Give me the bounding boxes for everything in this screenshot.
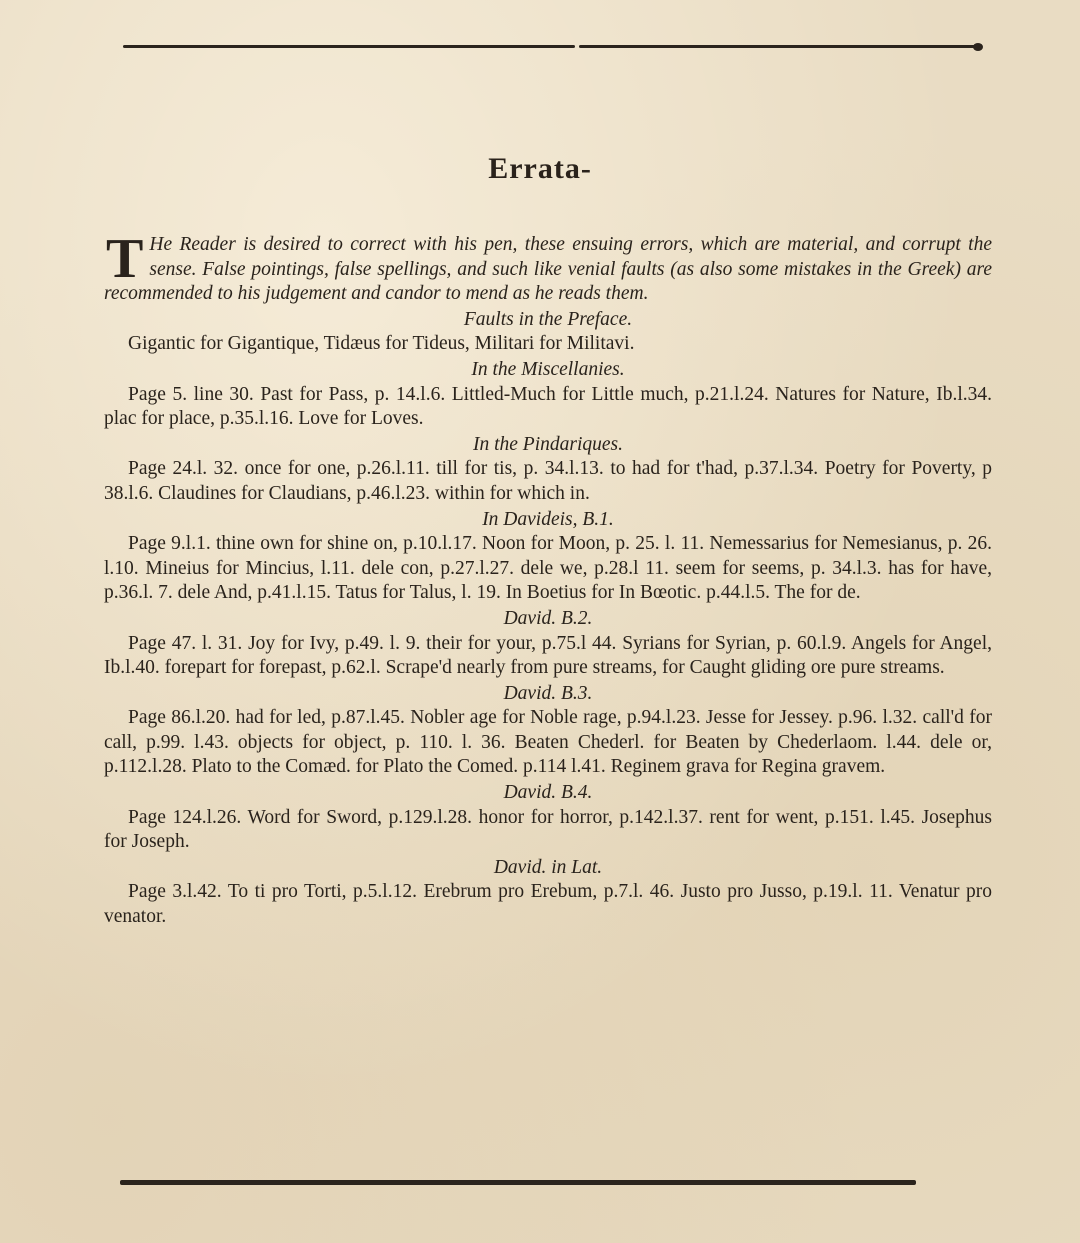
section-entries-miscellanies: Page 5. line 30. Past for Pass, p. 14.l.… bbox=[104, 383, 992, 432]
drop-cap: T bbox=[106, 237, 143, 281]
section-entries-david-b4: Page 124.l.26. Word for Sword, p.129.l.2… bbox=[104, 806, 992, 855]
section-entries-david-b3: Page 86.l.20. had for led, p.87.l.45. No… bbox=[104, 706, 992, 780]
top-rule-left-segment bbox=[123, 45, 575, 48]
section-heading-preface: Faults in the Preface. bbox=[104, 308, 992, 333]
section-entries-david-latin: Page 3.l.42. To ti pro Torti, p.5.l.12. … bbox=[104, 880, 992, 929]
intro-text: He Reader is desired to correct with his… bbox=[104, 234, 992, 304]
section-heading-pindariques: In the Pindariques. bbox=[104, 433, 992, 458]
section-heading-david-latin: David. in Lat. bbox=[104, 856, 992, 881]
intro-paragraph: THe Reader is desired to correct with hi… bbox=[104, 233, 992, 307]
section-entries-preface: Gigantic for Gigantique, Tidæus for Tide… bbox=[104, 332, 992, 357]
top-rule-right-segment bbox=[579, 45, 979, 48]
errata-content: THe Reader is desired to correct with hi… bbox=[104, 233, 992, 930]
section-heading-david-b3: David. B.3. bbox=[104, 682, 992, 707]
section-entries-david-b2: Page 47. l. 31. Joy for Ivy, p.49. l. 9.… bbox=[104, 632, 992, 681]
top-rule bbox=[123, 44, 983, 49]
section-heading-davideis-b1: In Davideis, B.1. bbox=[104, 508, 992, 533]
section-heading-miscellanies: In the Miscellanies. bbox=[104, 358, 992, 383]
bottom-rule bbox=[120, 1180, 916, 1185]
page-title: Errata- bbox=[0, 152, 1080, 186]
section-heading-david-b2: David. B.2. bbox=[104, 607, 992, 632]
section-heading-david-b4: David. B.4. bbox=[104, 781, 992, 806]
ink-blot bbox=[973, 43, 983, 51]
section-entries-davideis-b1: Page 9.l.1. thine own for shine on, p.10… bbox=[104, 532, 992, 606]
section-entries-pindariques: Page 24.l. 32. once for one, p.26.l.11. … bbox=[104, 457, 992, 506]
